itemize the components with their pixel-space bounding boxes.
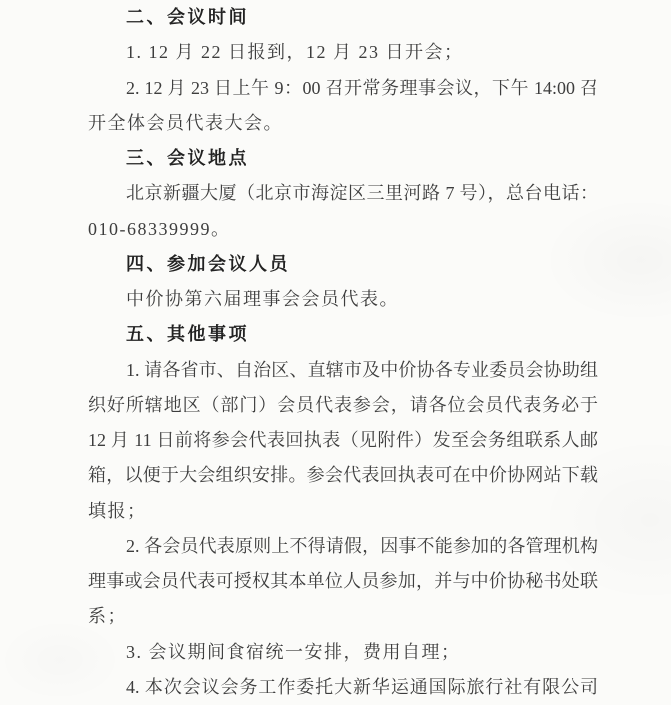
meeting-time-item-2-continuation: 开全体会员代表大会。 <box>88 106 598 141</box>
other-matters-item-3: 3. 会议期间食宿统一安排，费用自理； <box>88 635 598 670</box>
heading-section-5-other-matters: 五、其他事项 <box>88 317 598 352</box>
other-matters-item-1-continuation: 织好所辖地区（部门）会员代表参会，请各位会员代表务必于 <box>88 388 598 423</box>
meeting-location-address: 北京新疆大厦（北京市海淀区三里河路 7 号），总台电话： <box>88 176 598 211</box>
meeting-time-item-1: 1. 12 月 22 日报到，12 月 23 日开会； <box>88 35 598 70</box>
meeting-time-item-2: 2. 12 月 23 日上午 9：00 召开常务理事会议，下午 14:00 召 <box>88 71 598 106</box>
other-matters-item-1-continuation: 填报； <box>88 494 598 529</box>
other-matters-item-2: 2. 各会员代表原则上不得请假，因事不能参加的各管理机构 <box>88 529 598 564</box>
heading-section-3-meeting-location: 三、会议地点 <box>88 141 598 176</box>
heading-section-4-participants: 四、参加会议人员 <box>88 247 598 282</box>
other-matters-item-1-continuation: 箱，以便于大会组织安排。参会代表回执表可在中价协网站下载 <box>88 458 598 493</box>
other-matters-item-1: 1. 请各省市、自治区、直辖市及中价协各专业委员会协助组 <box>88 353 598 388</box>
participants-text: 中价协第六届理事会会员代表。 <box>88 282 598 317</box>
other-matters-item-4: 4. 本次会议会务工作委托大新华运通国际旅行社有限公司 <box>88 670 598 705</box>
other-matters-item-1-continuation: 12 月 11 日前将参会代表回执表（见附件）发至会务组联系人邮 <box>88 423 598 458</box>
other-matters-item-2-continuation: 理事或会员代表可授权其本单位人员参加，并与中价协秘书处联 <box>88 564 598 599</box>
meeting-location-phone: 010-68339999。 <box>88 212 598 247</box>
other-matters-item-2-continuation: 系； <box>88 599 598 634</box>
document-page: 二、会议时间 1. 12 月 22 日报到，12 月 23 日开会； 2. 12… <box>0 0 671 705</box>
heading-section-2-meeting-time: 二、会议时间 <box>88 0 598 35</box>
